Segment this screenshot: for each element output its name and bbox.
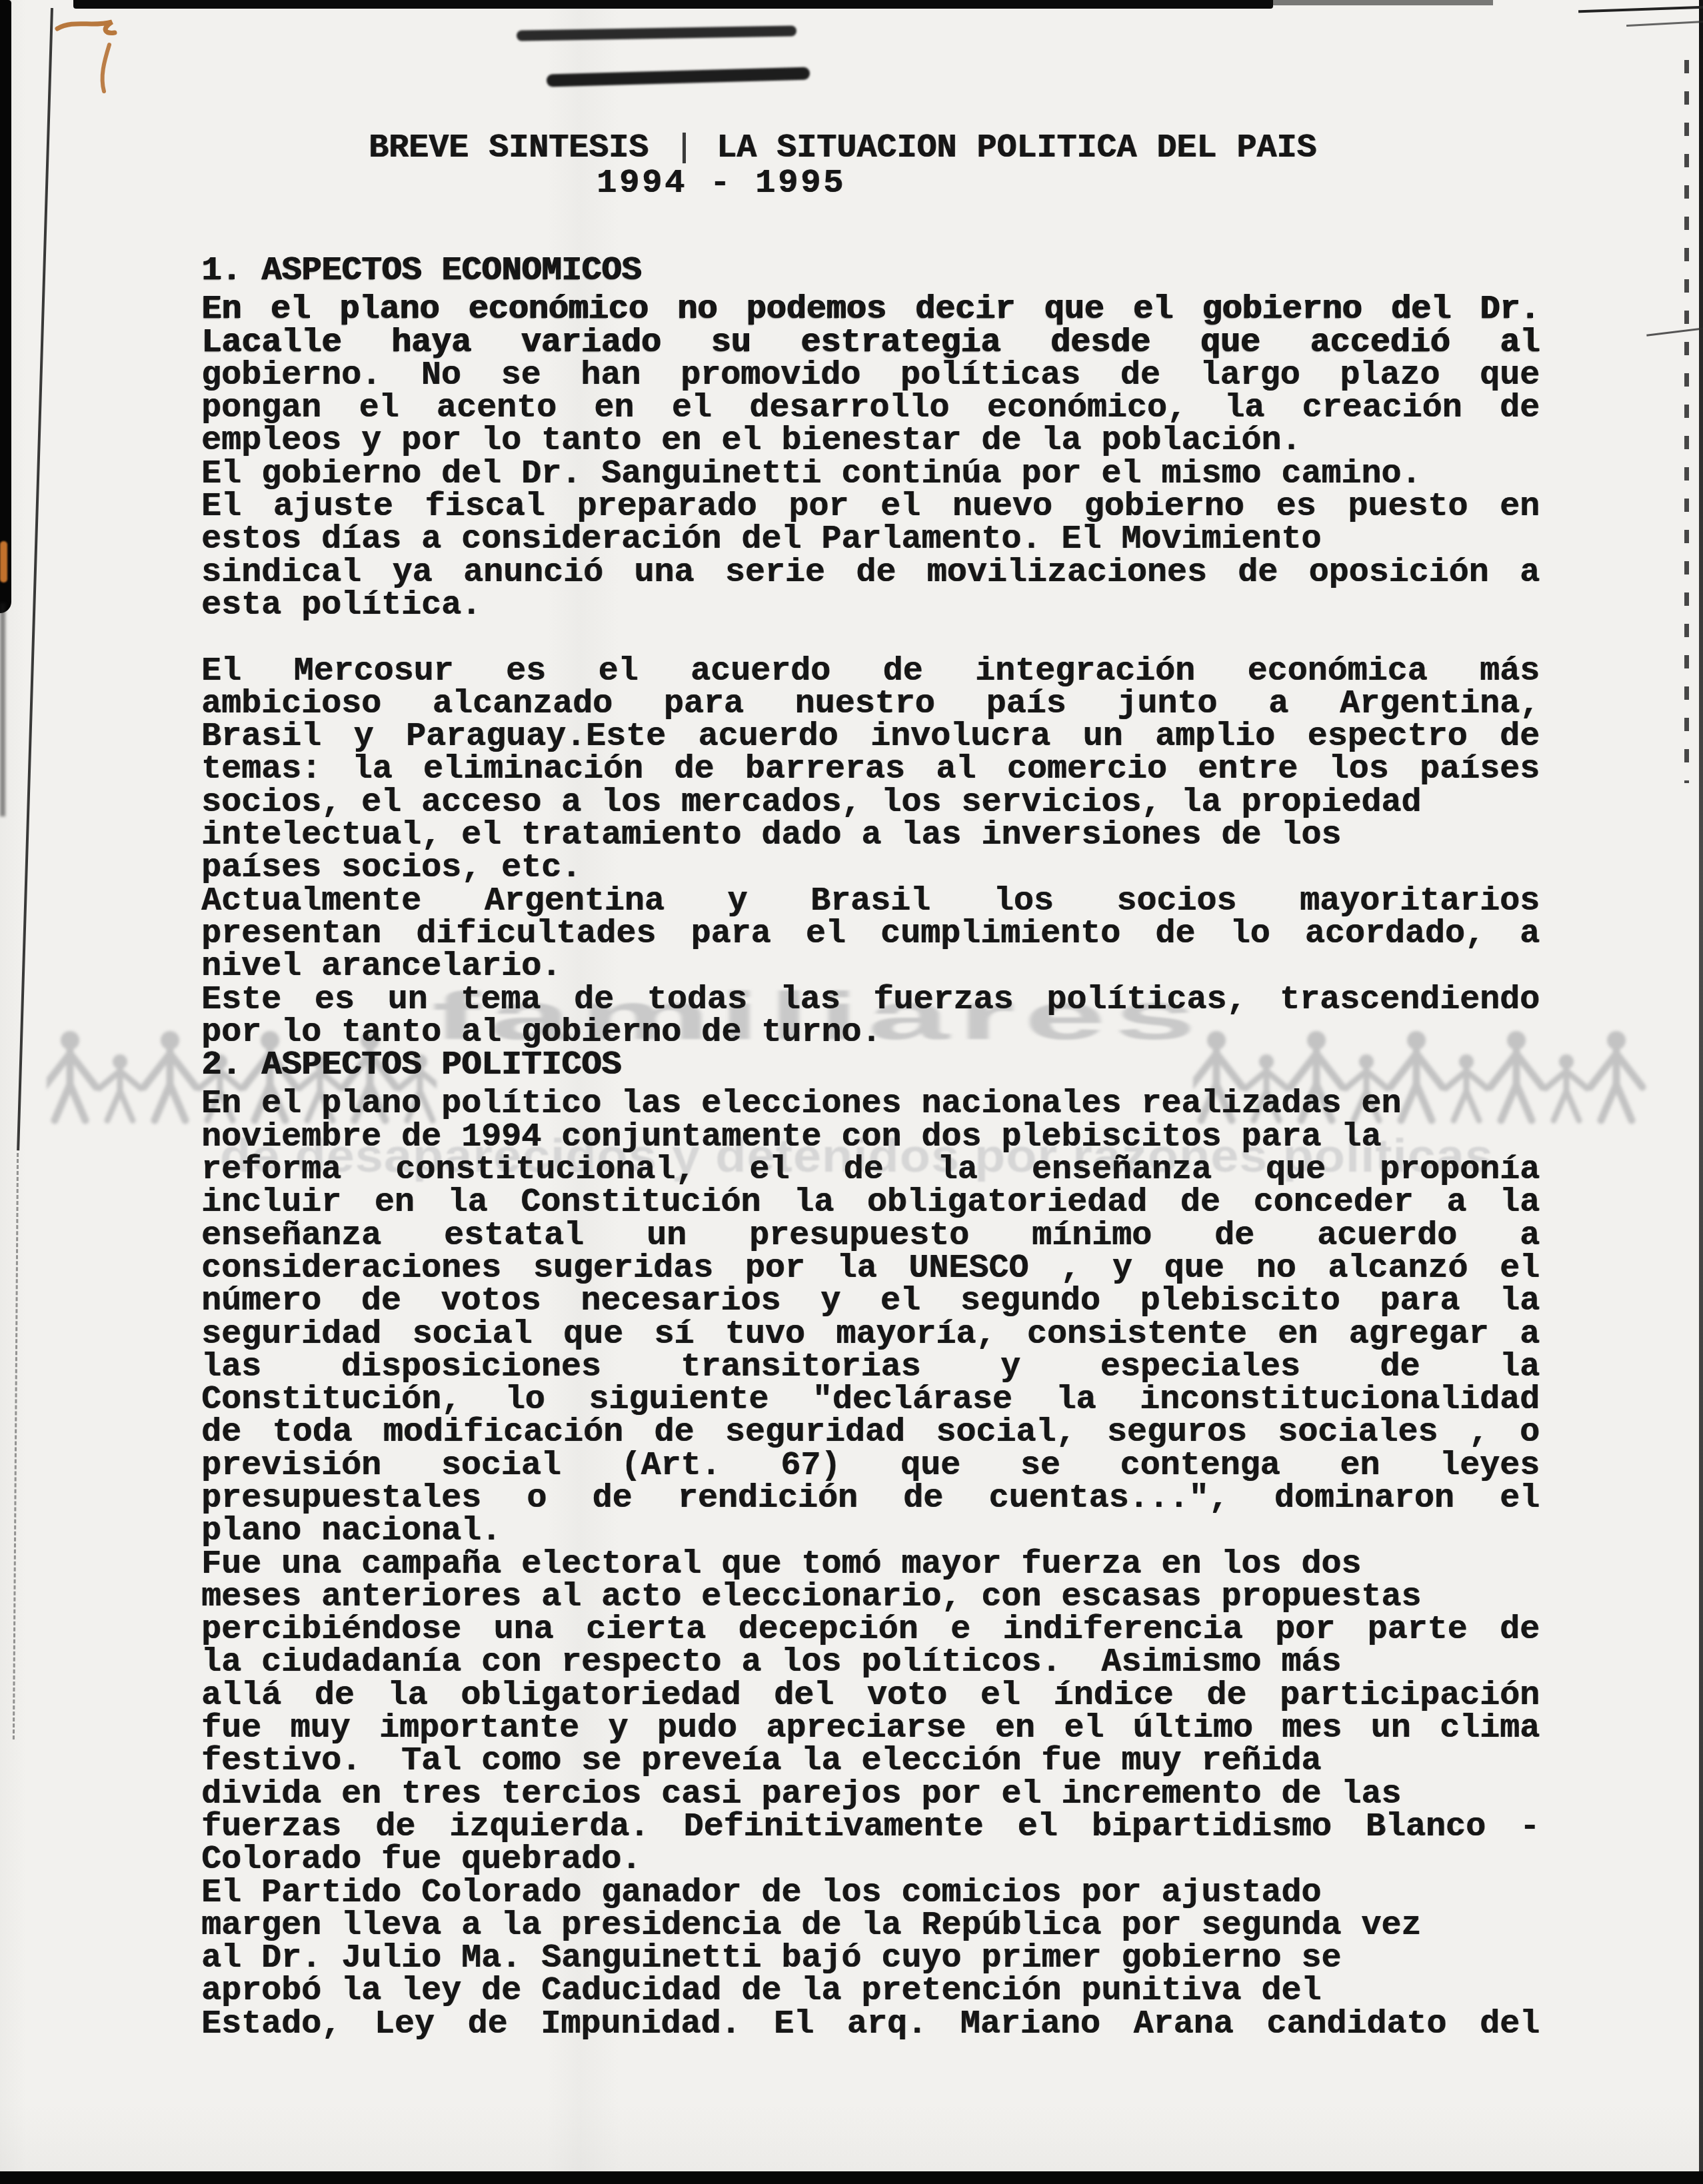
text-line: aprobó la ley de Caducidad de la pretenc…: [201, 1975, 1540, 2007]
pen-mark-scribble: [53, 10, 127, 97]
title-left: BREVE SINTESIS: [369, 129, 649, 167]
scan-artifact-right-dashed-line: [1684, 60, 1689, 783]
text-line: la ciudadanía con respecto a los polític…: [201, 1646, 1540, 1679]
text-line: percibiéndose una cierta decepción e ind…: [201, 1614, 1540, 1646]
text-line: divida en tres tercios casi parejos por …: [201, 1778, 1540, 1811]
text-line: allá de la obligatoriedad del voto el ín…: [201, 1679, 1540, 1712]
scan-artifact-smudge-bottom: [547, 67, 810, 87]
text-line: El Partido Colorado ganador de los comic…: [201, 1877, 1540, 1909]
text-line: de toda modificación de seguridad social…: [201, 1416, 1540, 1449]
section-heading: 1. ASPECTOS ECONOMICOS: [201, 255, 1540, 287]
text-line: gobierno. No se han promovido políticas …: [201, 359, 1540, 392]
pen-mark-left-edge: [0, 541, 7, 582]
text-line: Estado, Ley de Impunidad. El arq. Marian…: [201, 2008, 1540, 2041]
text-line: temas: la eliminación de barreras al com…: [201, 753, 1540, 786]
text-line: ambicioso alcanzado para nuestro país ju…: [201, 688, 1540, 720]
text-line: sindical ya anunció una serie de moviliz…: [201, 556, 1540, 589]
text-line: reforma constitucional, el de la enseñan…: [201, 1154, 1540, 1186]
scan-artifact-top-right-streak-2: [1626, 21, 1703, 27]
text-line: El Mercosur es el acuerdo de integración…: [201, 655, 1540, 688]
text-line: pongan el acento en el desarrollo económ…: [201, 392, 1540, 425]
text-line: En el plano económico no podemos decir q…: [201, 293, 1540, 326]
text-line: países socios, etc.: [201, 852, 1540, 884]
title-right: LA SITUACION POLITICA DEL PAIS: [717, 129, 1316, 167]
text-line: fue muy importante y pudo apreciarse en …: [201, 1712, 1540, 1745]
text-line: empleos y por lo tanto en el bienestar d…: [201, 425, 1540, 457]
text-line: fuerzas de izquierda. Definitivamente el…: [201, 1811, 1540, 1843]
scan-artifact-bottom-bar: [0, 2171, 1703, 2184]
scan-artifact-crease-line: [17, 8, 53, 1150]
text-line: [201, 622, 1540, 654]
text-line: número de votos necesarios y el segundo …: [201, 1285, 1540, 1318]
text-line: previsión social (Art. 67) que se conten…: [201, 1450, 1540, 1482]
text-line: En el plano político las elecciones naci…: [201, 1088, 1540, 1120]
text-line: Este es un tema de todas las fuerzas pol…: [201, 984, 1540, 1016]
text-line: seguridad social que sí tuvo mayoría, co…: [201, 1318, 1540, 1351]
text-line: El gobierno del Dr. Sanguinetti continúa…: [201, 458, 1540, 491]
text-line: presupuestales o de rendición de cuentas…: [201, 1482, 1540, 1515]
text-line: presentan dificultades para el cumplimie…: [201, 918, 1540, 950]
scan-artifact-top-right-streak: [1578, 6, 1703, 13]
text-line: noviembre de 1994 conjuntamente con dos …: [201, 1121, 1540, 1154]
section-heading: 2. ASPECTOS POLITICOS: [201, 1049, 1540, 1082]
text-line: festivo. Tal como se preveía la elección…: [201, 1745, 1540, 1777]
document-title: BREVE SINTESIS | LA SITUACION POLITICA D…: [369, 129, 1316, 167]
scan-artifact-top-bar-right: [1273, 0, 1493, 5]
scanned-document-page: familiares de desaparecidos y detenidos …: [0, 0, 1703, 2184]
text-line: meses anteriores al acto eleccionario, c…: [201, 1581, 1540, 1614]
text-line: por lo tanto al gobierno de turno.: [201, 1016, 1540, 1049]
scan-artifact-diagonal-hairline: [1646, 327, 1703, 336]
text-line: Actualmente Argentina y Brasil los socio…: [201, 885, 1540, 918]
text-line: estos días a consideración del Parlament…: [201, 523, 1540, 556]
document-title-years: 1994 - 1995: [597, 165, 846, 203]
scan-artifact-left-edge: [0, 0, 11, 613]
scan-artifact-left-edge-tail: [0, 603, 5, 816]
text-line: El ajuste fiscal preparado por el nuevo …: [201, 491, 1540, 523]
text-line: Fue una campaña electoral que tomó mayor…: [201, 1548, 1540, 1581]
text-line: Constitución, lo siguiente "declárase la…: [201, 1384, 1540, 1416]
text-line: enseñanza estatal un presupuesto mínimo …: [201, 1220, 1540, 1252]
text-line: al Dr. Julio Ma. Sanguinetti bajó cuyo p…: [201, 1942, 1540, 1975]
text-line: margen lleva a la presidencia de la Repú…: [201, 1909, 1540, 1942]
text-line: Lacalle haya variado su estrategia desde…: [201, 327, 1540, 359]
text-line: las disposiciones transitorias y especia…: [201, 1351, 1540, 1384]
text-line: nivel arancelario.: [201, 950, 1540, 983]
text-line: incluir en la Constitución la obligatori…: [201, 1186, 1540, 1219]
scan-artifact-crease-line-dashed: [13, 1153, 19, 1739]
title-separator-mark: |: [674, 129, 694, 167]
text-line: esta política.: [201, 589, 1540, 622]
text-line: plano nacional.: [201, 1515, 1540, 1548]
text-line: intelectual, el tratamiento dado a las i…: [201, 819, 1540, 852]
text-line: Brasil y Paraguay.Este acuerdo involucra…: [201, 720, 1540, 753]
scan-artifact-top-bar: [73, 0, 1273, 9]
document-body: 1. ASPECTOS ECONOMICOSEn el plano económ…: [201, 255, 1540, 2041]
text-line: socios, el acceso a los mercados, los se…: [201, 786, 1540, 819]
scan-artifact-smudge-top: [517, 25, 797, 41]
text-line: consideraciones sugeridas por la UNESCO …: [201, 1252, 1540, 1285]
text-line: Colorado fue quebrado.: [201, 1843, 1540, 1876]
